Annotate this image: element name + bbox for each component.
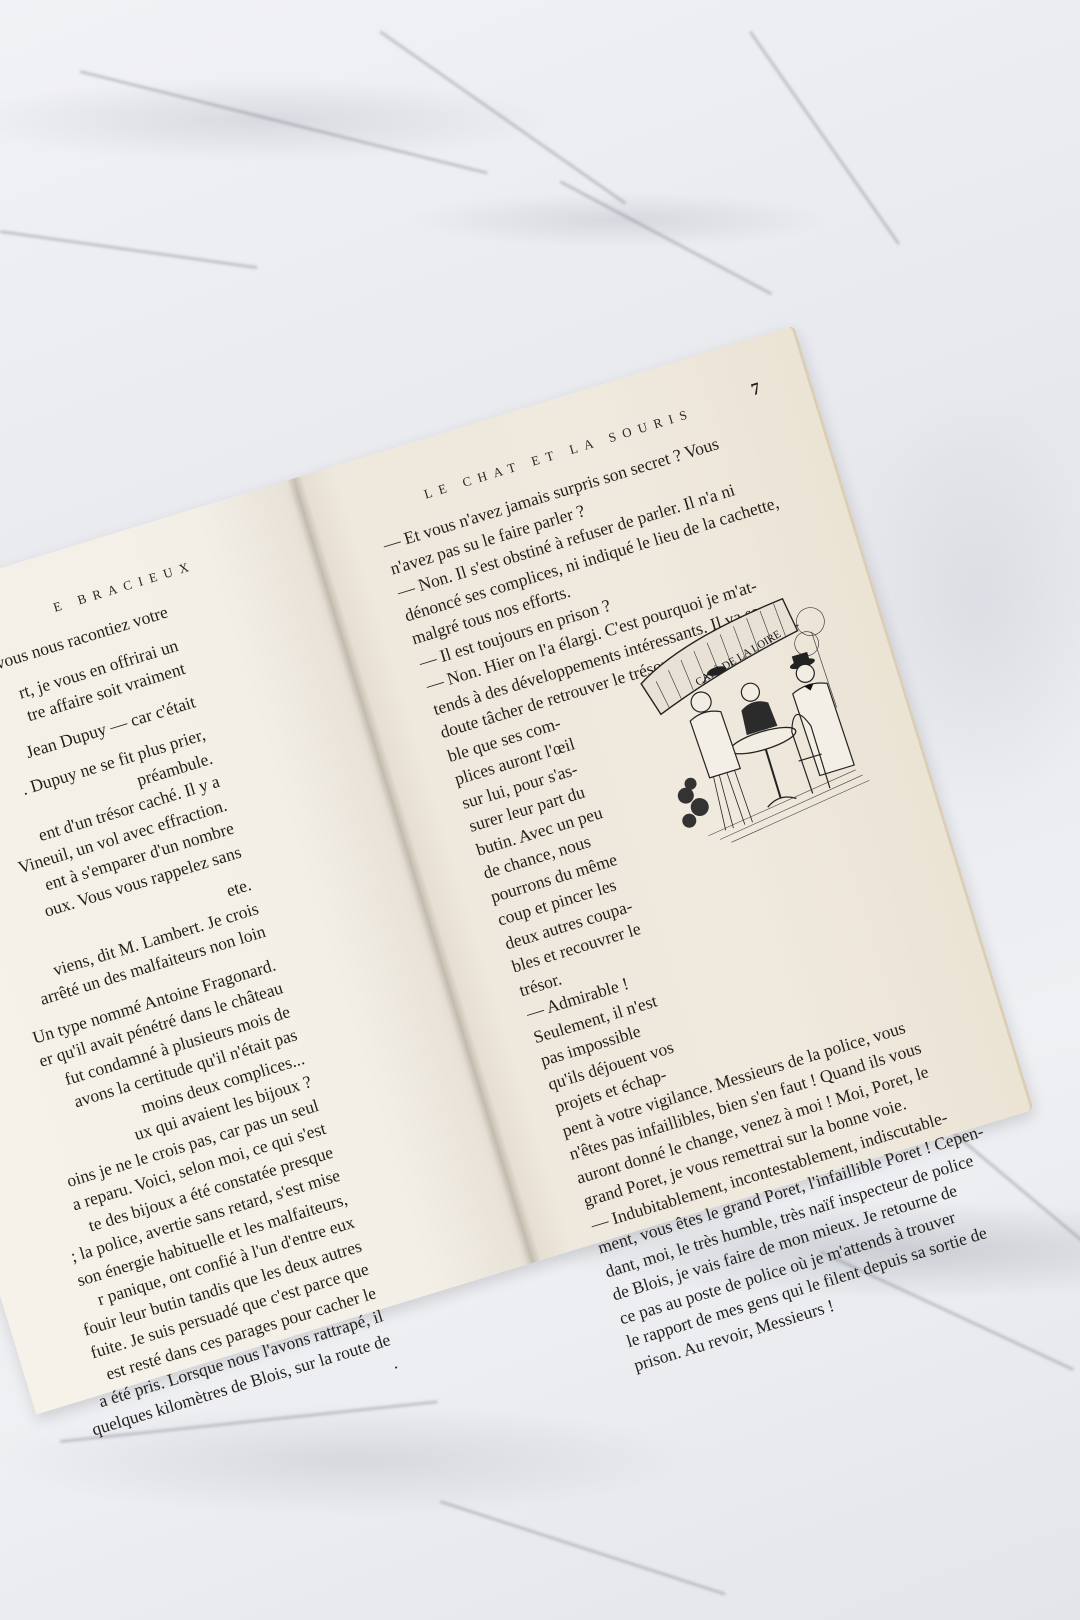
- marble-vein: [80, 70, 488, 175]
- left-page-text: vous nous racontiez votre rt, je vous en…: [0, 600, 400, 1479]
- marble-vein: [0, 230, 258, 269]
- marble-vein: [559, 180, 772, 295]
- marble-vein: [440, 1500, 726, 1596]
- marble-vein: [749, 31, 901, 246]
- page-number: 7: [749, 379, 763, 401]
- left-running-head: E BRACIEUX: [51, 557, 197, 615]
- marble-vein: [379, 30, 626, 205]
